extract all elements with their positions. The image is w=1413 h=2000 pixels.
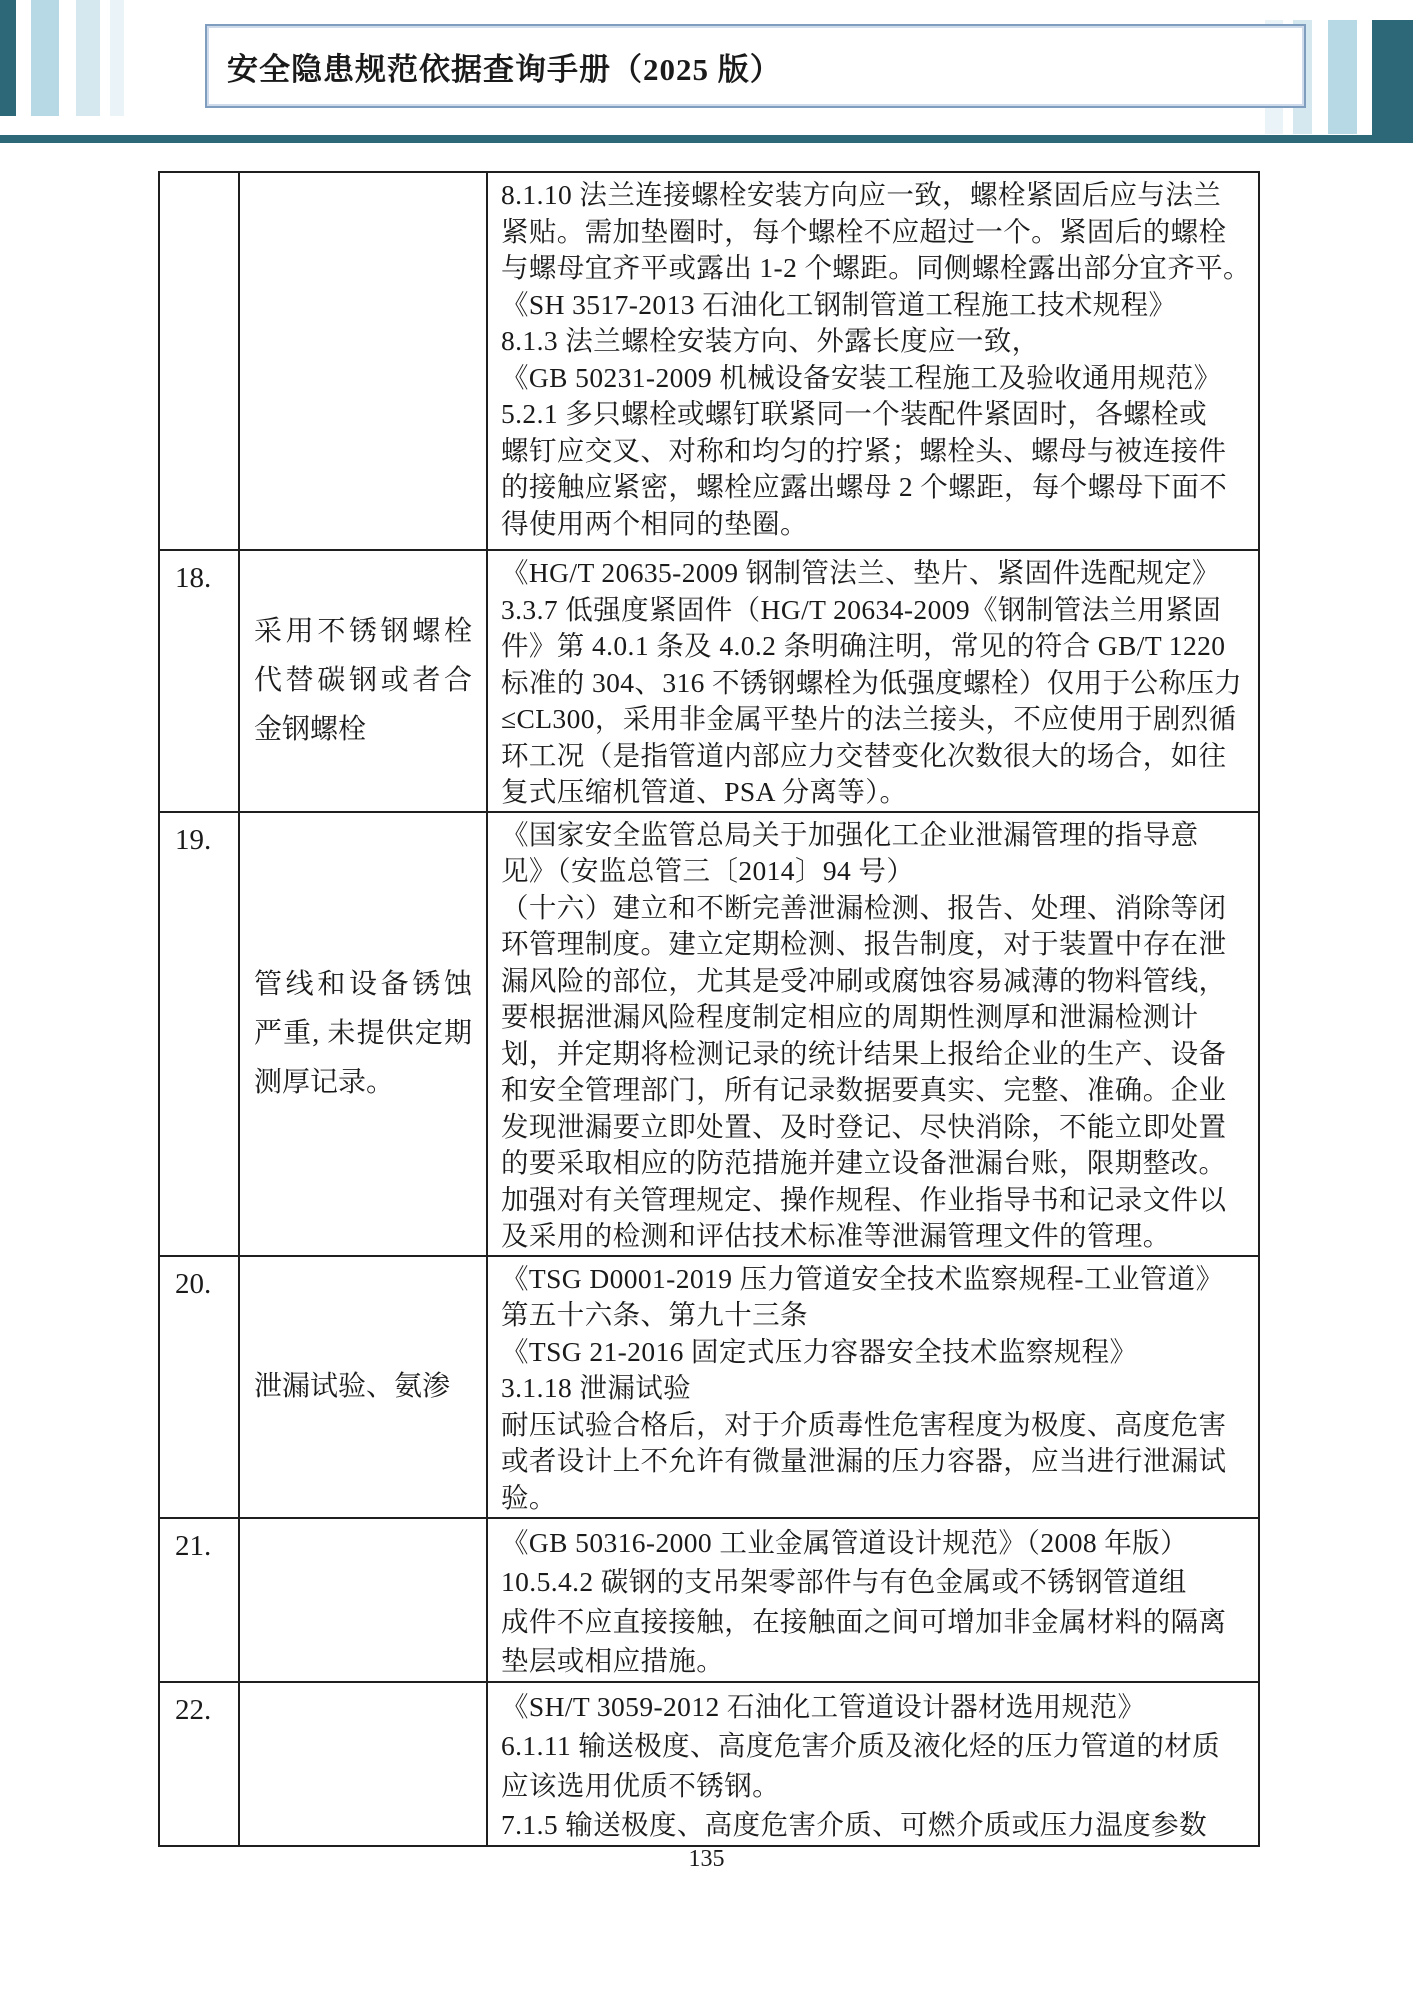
regulation-line: 耐压试验合格后，对于介质毒性危害程度为极度、高度危害 bbox=[501, 1407, 1252, 1444]
regulation-line: 《HG/T 20635-2009 钢制管法兰、垫片、紧固件选配规定》 bbox=[501, 555, 1252, 592]
regulation-line: 发现泄漏要立即处置、及时登记、尽快消除，不能立即处置 bbox=[501, 1109, 1252, 1146]
regulation-line: 《TSG 21-2016 固定式压力容器安全技术监察规程》 bbox=[501, 1334, 1252, 1371]
regulation-line: 划，并定期将检测记录的统计结果上报给企业的生产、设备 bbox=[501, 1036, 1252, 1073]
regulation-line: 5.2.1 多只螺栓或螺钉联紧同一个装配件紧固时，各螺栓或 bbox=[501, 396, 1252, 433]
regulation-cell: 《SH/T 3059-2012 石油化工管道设计器材选用规范》6.1.11 输送… bbox=[487, 1682, 1259, 1846]
regulation-line: 得使用两个相同的垫圈。 bbox=[501, 506, 1252, 543]
regulation-line: 的要采取相应的防范措施并建立设备泄漏台账，限期整改。 bbox=[501, 1145, 1252, 1182]
regulation-line: ≤CL300，采用非金属平垫片的法兰接头，不应使用于剧烈循 bbox=[501, 701, 1252, 738]
regulation-line: （十六）建立和不断完善泄漏检测、报告、处理、消除等闭 bbox=[501, 890, 1252, 927]
header-accent-bar-dark-right bbox=[1372, 20, 1413, 143]
row-number-cell: 19. bbox=[159, 812, 239, 1256]
title-box: 安全隐患规范依据查询手册（2025 版） bbox=[205, 24, 1306, 108]
row-number-cell: 22. bbox=[159, 1682, 239, 1846]
regulation-line: 螺钉应交叉、对称和均匀的拧紧；螺栓头、螺母与被连接件 bbox=[501, 433, 1252, 470]
header-accent-bar-dark-left bbox=[0, 0, 16, 116]
regulation-line: 件》第 4.0.1 条及 4.0.2 条明确注明，常见的符合 GB/T 1220 bbox=[501, 628, 1252, 665]
document-page: 安全隐患规范依据查询手册（2025 版） 8.1.10 法兰连接螺栓安装方向应一… bbox=[0, 0, 1413, 2000]
row-number-cell: 18. bbox=[159, 550, 239, 812]
row-number-cell bbox=[159, 172, 239, 550]
regulation-line: 和安全管理部门，所有记录数据要真实、完整、准确。企业 bbox=[501, 1072, 1252, 1109]
regulation-line: 环管理制度。建立定期检测、报告制度，对于装置中存在泄 bbox=[501, 926, 1252, 963]
regulation-line: 3.1.18 泄漏试验 bbox=[501, 1370, 1252, 1407]
header-accent-bar-right-1 bbox=[1328, 20, 1357, 134]
page-number: 135 bbox=[0, 1846, 1413, 1873]
regulation-line: 验。 bbox=[501, 1480, 1252, 1517]
issue-cell: 采用不锈钢螺栓代替碳钢或者合金钢螺栓 bbox=[239, 550, 487, 812]
regulation-line: 成件不应直接接触，在接触面之间可增加非金属材料的隔离 bbox=[501, 1602, 1252, 1642]
table-row: 18. 采用不锈钢螺栓代替碳钢或者合金钢螺栓 《HG/T 20635-2009 … bbox=[159, 550, 1259, 812]
regulation-line: 或者设计上不允许有微量泄漏的压力容器，应当进行泄漏试 bbox=[501, 1443, 1252, 1480]
issue-cell bbox=[239, 1682, 487, 1846]
header-accent-bar-left-1 bbox=[31, 0, 59, 116]
issue-cell: 管线和设备锈蚀严重, 未提供定期测厚记录。 bbox=[239, 812, 487, 1256]
regulation-table: 8.1.10 法兰连接螺栓安装方向应一致，螺栓紧固后应与法兰紧贴。需加垫圈时，每… bbox=[158, 171, 1260, 1847]
regulation-line: 《GB 50231-2009 机械设备安装工程施工及验收通用规范》 bbox=[501, 360, 1252, 397]
regulation-line: 环工况（是指管道内部应力交替变化次数很大的场合，如往 bbox=[501, 738, 1252, 775]
table-row: 19. 管线和设备锈蚀严重, 未提供定期测厚记录。 《国家安全监管总局关于加强化… bbox=[159, 812, 1259, 1256]
row-number-cell: 20. bbox=[159, 1256, 239, 1518]
regulation-line: 8.1.10 法兰连接螺栓安装方向应一致，螺栓紧固后应与法兰 bbox=[501, 177, 1252, 214]
regulation-line: 标准的 304、316 不锈钢螺栓为低强度螺栓）仅用于公称压力 bbox=[501, 665, 1252, 702]
regulation-line: 垫层或相应措施。 bbox=[501, 1641, 1252, 1681]
regulation-cell: 《TSG D0001-2019 压力管道安全技术监察规程-工业管道》第五十六条、… bbox=[487, 1256, 1259, 1518]
regulation-cell: 《HG/T 20635-2009 钢制管法兰、垫片、紧固件选配规定》3.3.7 … bbox=[487, 550, 1259, 812]
table-row: 20. 泄漏试验、氨渗 《TSG D0001-2019 压力管道安全技术监察规程… bbox=[159, 1256, 1259, 1518]
regulation-line: 复式压缩机管道、PSA 分离等）。 bbox=[501, 774, 1252, 811]
regulation-line: 第五十六条、第九十三条 bbox=[501, 1297, 1252, 1334]
table-row: 8.1.10 法兰连接螺栓安装方向应一致，螺栓紧固后应与法兰紧贴。需加垫圈时，每… bbox=[159, 172, 1259, 550]
regulation-line: 《TSG D0001-2019 压力管道安全技术监察规程-工业管道》 bbox=[501, 1261, 1252, 1298]
header-accent-bar-left-3 bbox=[110, 0, 124, 116]
regulation-cell: 《GB 50316-2000 工业金属管道设计规范》（2008 年版）10.5.… bbox=[487, 1518, 1259, 1682]
regulation-line: 及采用的检测和评估技术标准等泄漏管理文件的管理。 bbox=[501, 1218, 1252, 1255]
regulation-line: 见》（安监总管三〔2014〕94 号） bbox=[501, 853, 1252, 890]
regulation-cell: 《国家安全监管总局关于加强化工企业泄漏管理的指导意见》（安监总管三〔2014〕9… bbox=[487, 812, 1259, 1256]
regulation-line: 紧贴。需加垫圈时，每个螺栓不应超过一个。紧固后的螺栓 bbox=[501, 214, 1252, 251]
page-title: 安全隐患规范依据查询手册（2025 版） bbox=[207, 44, 782, 89]
regulation-line: 3.3.7 低强度紧固件（HG/T 20634-2009《钢制管法兰用紧固 bbox=[501, 592, 1252, 629]
header-accent-bar-left-2 bbox=[76, 0, 100, 116]
row-number-cell: 21. bbox=[159, 1518, 239, 1682]
issue-cell: 泄漏试验、氨渗 bbox=[239, 1256, 487, 1518]
issue-cell bbox=[239, 172, 487, 550]
table-row: 21. 《GB 50316-2000 工业金属管道设计规范》（2008 年版）1… bbox=[159, 1518, 1259, 1682]
regulation-line: 应该选用优质不锈钢。 bbox=[501, 1766, 1252, 1806]
regulation-line: 与螺母宜齐平或露出 1-2 个螺距。同侧螺栓露出部分宜齐平。 bbox=[501, 250, 1252, 287]
regulation-line: 10.5.4.2 碳钢的支吊架零部件与有色金属或不锈钢管道组 bbox=[501, 1562, 1252, 1602]
regulation-line: 《GB 50316-2000 工业金属管道设计规范》（2008 年版） bbox=[501, 1523, 1252, 1563]
regulation-line: 8.1.3 法兰螺栓安装方向、外露长度应一致， bbox=[501, 323, 1252, 360]
regulation-line: 《国家安全监管总局关于加强化工企业泄漏管理的指导意 bbox=[501, 817, 1252, 854]
regulation-line: 6.1.11 输送极度、高度危害介质及液化烃的压力管道的材质 bbox=[501, 1726, 1252, 1766]
issue-cell bbox=[239, 1518, 487, 1682]
regulation-line: 要根据泄漏风险程度制定相应的周期性测厚和泄漏检测计 bbox=[501, 999, 1252, 1036]
regulation-line: 漏风险的部位，尤其是受冲刷或腐蚀容易减薄的物料管线， bbox=[501, 963, 1252, 1000]
regulation-line: 加强对有关管理规定、操作规程、作业指导书和记录文件以 bbox=[501, 1182, 1252, 1219]
table-row: 22. 《SH/T 3059-2012 石油化工管道设计器材选用规范》6.1.1… bbox=[159, 1682, 1259, 1846]
regulation-line: 《SH 3517-2013 石油化工钢制管道工程施工技术规程》 bbox=[501, 287, 1252, 324]
regulation-line: 《SH/T 3059-2012 石油化工管道设计器材选用规范》 bbox=[501, 1687, 1252, 1727]
regulation-line: 7.1.5 输送极度、高度危害介质、可燃介质或压力温度参数 bbox=[501, 1805, 1252, 1845]
header-divider-rule bbox=[0, 135, 1413, 143]
regulation-cell: 8.1.10 法兰连接螺栓安装方向应一致，螺栓紧固后应与法兰紧贴。需加垫圈时，每… bbox=[487, 172, 1259, 550]
regulation-line: 的接触应紧密，螺栓应露出螺母 2 个螺距，每个螺母下面不 bbox=[501, 469, 1252, 506]
